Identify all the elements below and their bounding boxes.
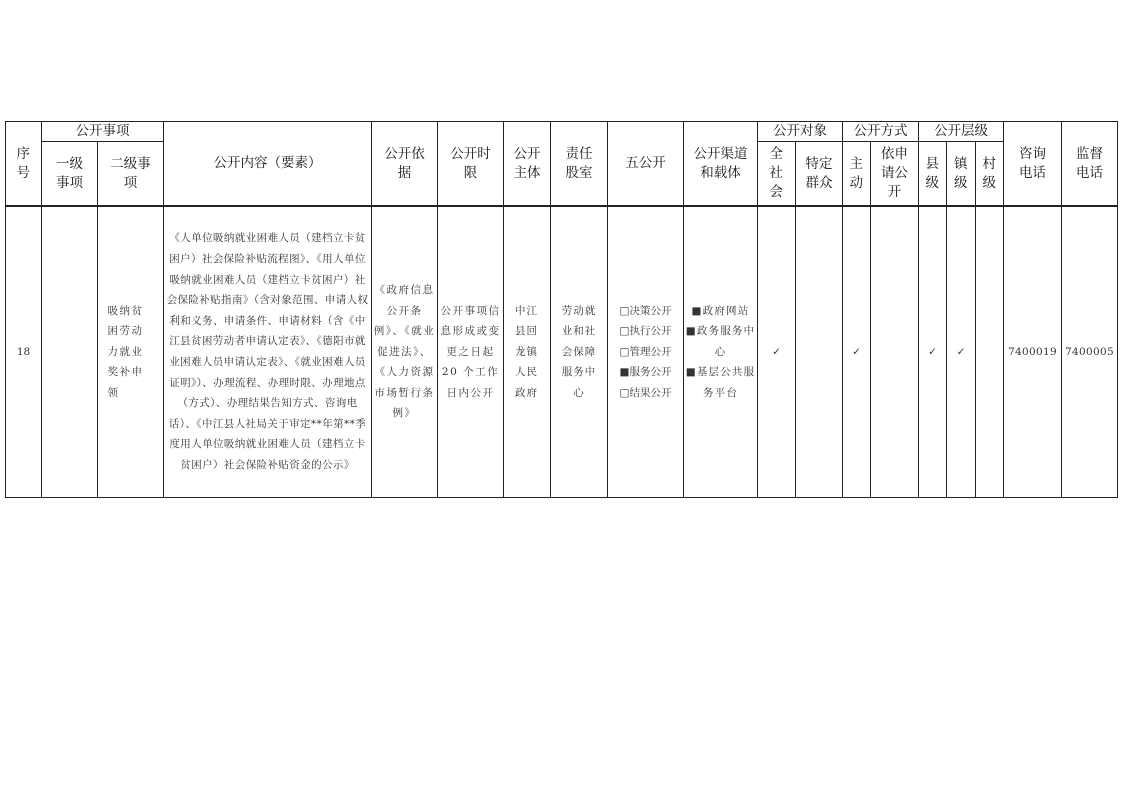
- five-public-item: □结果公开: [608, 383, 683, 404]
- channel-item: ■政务服务中心: [684, 321, 757, 362]
- cell-content: 《人单位吸纳就业困难人员（建档立卡贫困户）社会保险补贴流程图》、《用人单位吸纳就…: [164, 206, 372, 498]
- header-method-apply: 依申请公开: [871, 142, 919, 207]
- cell-basis: 《政府信息公开条例》、《就业促进法》、《人力资源市场暂行条例》: [372, 206, 438, 498]
- cell-channel: ■政府网站 ■政务服务中心 ■基层公共服务平台: [684, 206, 758, 498]
- header-level2: 二级事项: [98, 142, 164, 207]
- disclosure-table: 序号 公开事项 公开内容（要素） 公开依据 公开时限 公开主体 责任股室 五公开…: [5, 121, 1118, 498]
- header-level-village: 村级: [976, 142, 1004, 207]
- header-subject: 公开主体: [504, 122, 551, 207]
- cell-level-village: [976, 206, 1004, 498]
- header-five-public: 五公开: [608, 122, 684, 207]
- table-row: 18 吸纳贫困劳动力就业奖补申领 《人单位吸纳就业困难人员（建档立卡贫困户）社会…: [6, 206, 1118, 498]
- cell-seq: 18: [6, 206, 42, 498]
- header-method-active: 主动: [843, 142, 871, 207]
- channel-item: ■基层公共服务平台: [684, 362, 757, 403]
- checkbox-icon: □: [620, 305, 630, 317]
- five-public-item: □管理公开: [608, 342, 683, 363]
- channel-item: ■政府网站: [684, 301, 757, 322]
- cell-method-active: ✓: [843, 206, 871, 498]
- header-target-all: 全社会: [758, 142, 796, 207]
- header-level-county: 县级: [919, 142, 947, 207]
- cell-method-apply: [871, 206, 919, 498]
- cell-time-limit: 公开事项信息形成或变更之日起 20 个工作日内公开: [438, 206, 504, 498]
- cell-level-county: ✓: [919, 206, 947, 498]
- header-seq: 序号: [6, 122, 42, 207]
- checked-box-icon: ■: [620, 366, 630, 378]
- cell-supervise-phone: 7400005: [1062, 206, 1118, 498]
- checkbox-icon: □: [620, 346, 630, 358]
- checkbox-icon: □: [620, 325, 630, 337]
- cell-level-town: ✓: [947, 206, 976, 498]
- cell-level2: 吸纳贫困劳动力就业奖补申领: [98, 206, 164, 498]
- cell-office: 劳动就业和社会保障服务中心: [551, 206, 608, 498]
- header-content: 公开内容（要素）: [164, 122, 372, 207]
- header-basis: 公开依据: [372, 122, 438, 207]
- checked-box-icon: ■: [692, 305, 703, 317]
- header-level-group: 公开层级: [919, 122, 1004, 142]
- header-level1: 一级事项: [42, 142, 98, 207]
- five-public-item: ■服务公开: [608, 362, 683, 383]
- cell-target-specific: [796, 206, 843, 498]
- header-target-specific: 特定群众: [796, 142, 843, 207]
- checked-box-icon: ■: [686, 325, 697, 337]
- header-method-group: 公开方式: [843, 122, 919, 142]
- header-time-limit: 公开时限: [438, 122, 504, 207]
- header-office: 责任股室: [551, 122, 608, 207]
- header-target-group: 公开对象: [758, 122, 843, 142]
- cell-consult-phone: 7400019: [1004, 206, 1062, 498]
- header-channel: 公开渠道和载体: [684, 122, 758, 207]
- checkbox-icon: □: [620, 387, 630, 399]
- cell-five-public: □决策公开 □执行公开 □管理公开 ■服务公开 □结果公开: [608, 206, 684, 498]
- checked-box-icon: ■: [686, 366, 697, 378]
- cell-target-all: ✓: [758, 206, 796, 498]
- header-level-town: 镇级: [947, 142, 976, 207]
- header-supervise-phone: 监督电话: [1062, 122, 1118, 207]
- five-public-item: □决策公开: [608, 301, 683, 322]
- header-consult-phone: 咨询电话: [1004, 122, 1062, 207]
- five-public-item: □执行公开: [608, 321, 683, 342]
- header-matter-group: 公开事项: [42, 122, 164, 142]
- cell-subject: 中江县回龙镇人民政府: [504, 206, 551, 498]
- cell-level1: [42, 206, 98, 498]
